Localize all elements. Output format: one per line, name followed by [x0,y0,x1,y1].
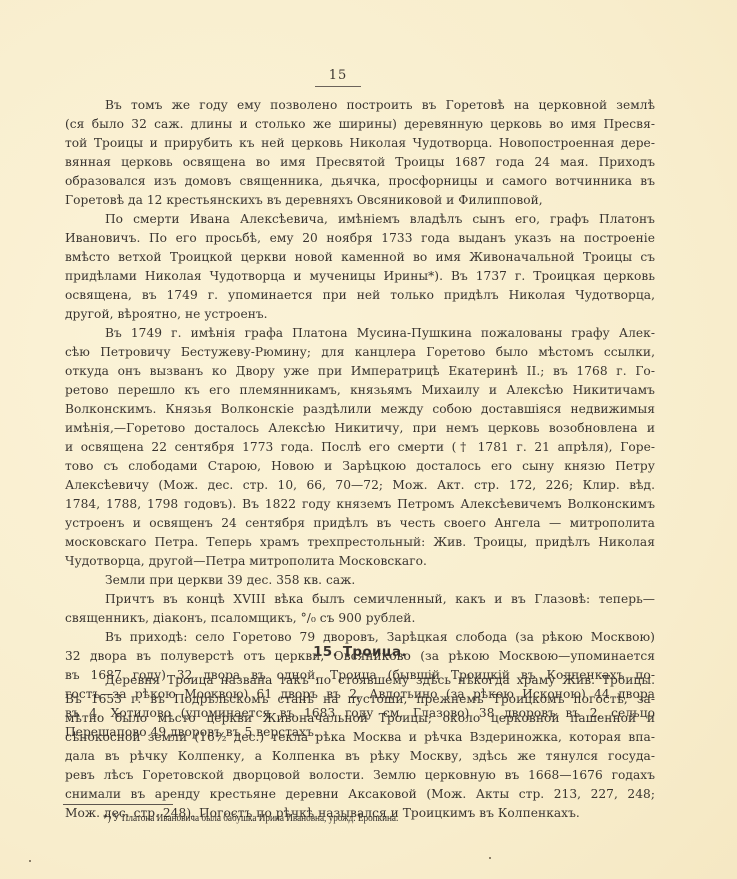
section-heading: 15. Троица. [65,644,655,660]
text-line: придѣлами Николая Чудотворца и мученицы … [65,267,655,286]
text-line: другой, вѣроятно, не устроенъ. [65,305,655,324]
text-line: имѣнія,—Горетово досталось Алексѣю Никит… [65,419,655,438]
page-number: 15 [313,68,363,83]
text-line: московскаго Петра. Теперь храмъ трехпрес… [65,533,655,552]
text-line: ревъ лѣсъ Горетовской дворцовой волости.… [65,766,655,785]
text-line: образовался изъ домовъ священника, дьячк… [65,172,655,191]
text-line: мѣтно было мѣсто церкви Живоначальной Тр… [65,709,655,728]
text-line: сѣю Петровичу Бестужеву-Рюмину; для канц… [65,343,655,362]
text-line: Въ томъ же году ему позволено построить … [105,96,655,115]
text-line: Въ 1653 г. въ Подрѣльскомъ станѣ на пуст… [65,690,655,709]
text-line: Ивановичъ. По его просьбѣ, ему 20 ноября… [65,229,655,248]
text-line: священникъ, діаконъ, псаломщикъ, °/₀ съ … [65,609,655,628]
text-line: (ся было 32 саж. длины и столько же шири… [65,115,655,134]
paper-speck [489,857,491,859]
text-line: и освящена 22 сентября 1773 года. Послѣ … [65,438,655,457]
text-line: Деревня Троица названа такъ по стоявшему… [105,671,655,690]
footnote: *) У Платона Ивановича была бабушка Ирин… [103,813,398,824]
text-line: тово съ слободами Старою, Новою и Зарѣцк… [65,457,655,476]
text-line: Горетовѣ да 12 крестьянскихъ въ деревнях… [65,191,655,210]
text-line: той Троицы и прирубить къ ней церковь Ни… [65,134,655,153]
text-line: вянная церковь освящена во имя Пресвятой… [65,153,655,172]
paper-speck [29,860,31,862]
footnote-divider [63,804,173,805]
text-line: Чудотворца, другой—Петра митрополита Мос… [65,552,655,571]
text-line: снимали въ аренду крестьяне деревни Акса… [65,785,655,804]
text-line: Въ 1749 г. имѣнія графа Платона Мусина-П… [105,324,655,343]
text-line: дала въ рѣчку Колпенку, а Колпенка въ рѣ… [65,747,655,766]
text-line: откуда онъ вызванъ ко Двору уже при Импе… [65,362,655,381]
text-line: устроенъ и освященъ 24 сентября придѣлъ … [65,514,655,533]
text-line: сѣнокосной земли (16½ дес.) текла рѣка М… [65,728,655,747]
text-line: ретово перешло къ его племянникамъ, княз… [65,381,655,400]
text-line: По смерти Ивана Алексѣевича, имѣніемъ вл… [105,210,655,229]
page-number-rule [315,86,361,87]
text-line: Алексѣевичу (Мож. дес. стр. 10, 66, 70—7… [65,476,655,495]
text-line: 1784, 1788, 1798 годовъ). Въ 1822 году к… [65,495,655,514]
text-line: освящена, въ 1749 г. упоминается при ней… [65,286,655,305]
text-line: Волконскимъ. Князья Волконскіе раздѣлили… [65,400,655,419]
text-line: Причтъ въ концѣ XVIII вѣка былъ семичлен… [105,590,655,609]
text-line: Земли при церкви 39 дес. 358 кв. саж. [105,571,655,590]
text-line: вмѣсто ветхой Троицкой церкви новой каме… [65,248,655,267]
